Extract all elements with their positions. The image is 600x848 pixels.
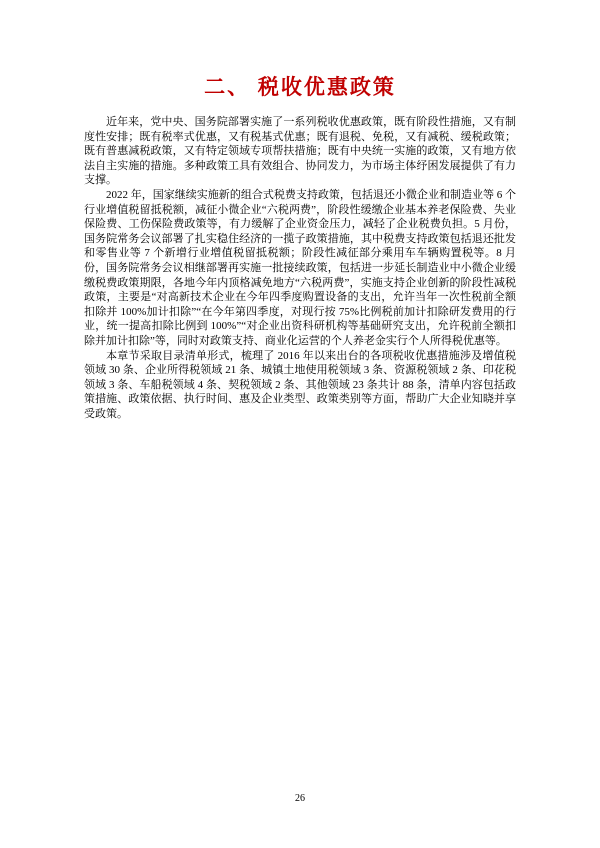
page-title: 二、 税收优惠政策 [84,74,516,102]
page-content: 二、 税收优惠政策 近年来，党中央、国务院部署实施了一系列税收优惠政策，既有阶段… [0,0,600,421]
paragraph-2022-policies: 2022 年，国家继续实施新的组合式税费支持政策，包括退还小微企业和制造业等 6… [84,188,516,349]
page-number: 26 [0,793,600,804]
document-page: 二、 税收优惠政策 近年来，党中央、国务院部署实施了一系列税收优惠政策，既有阶段… [0,0,600,848]
paragraph-overview: 近年来，党中央、国务院部署实施了一系列税收优惠政策，既有阶段性措施，又有制度性安… [84,115,516,188]
paragraph-chapter-summary: 本章节采取目录清单形式，梳理了 2016 年以来出台的各项税收优惠措施涉及增值税… [84,349,516,422]
